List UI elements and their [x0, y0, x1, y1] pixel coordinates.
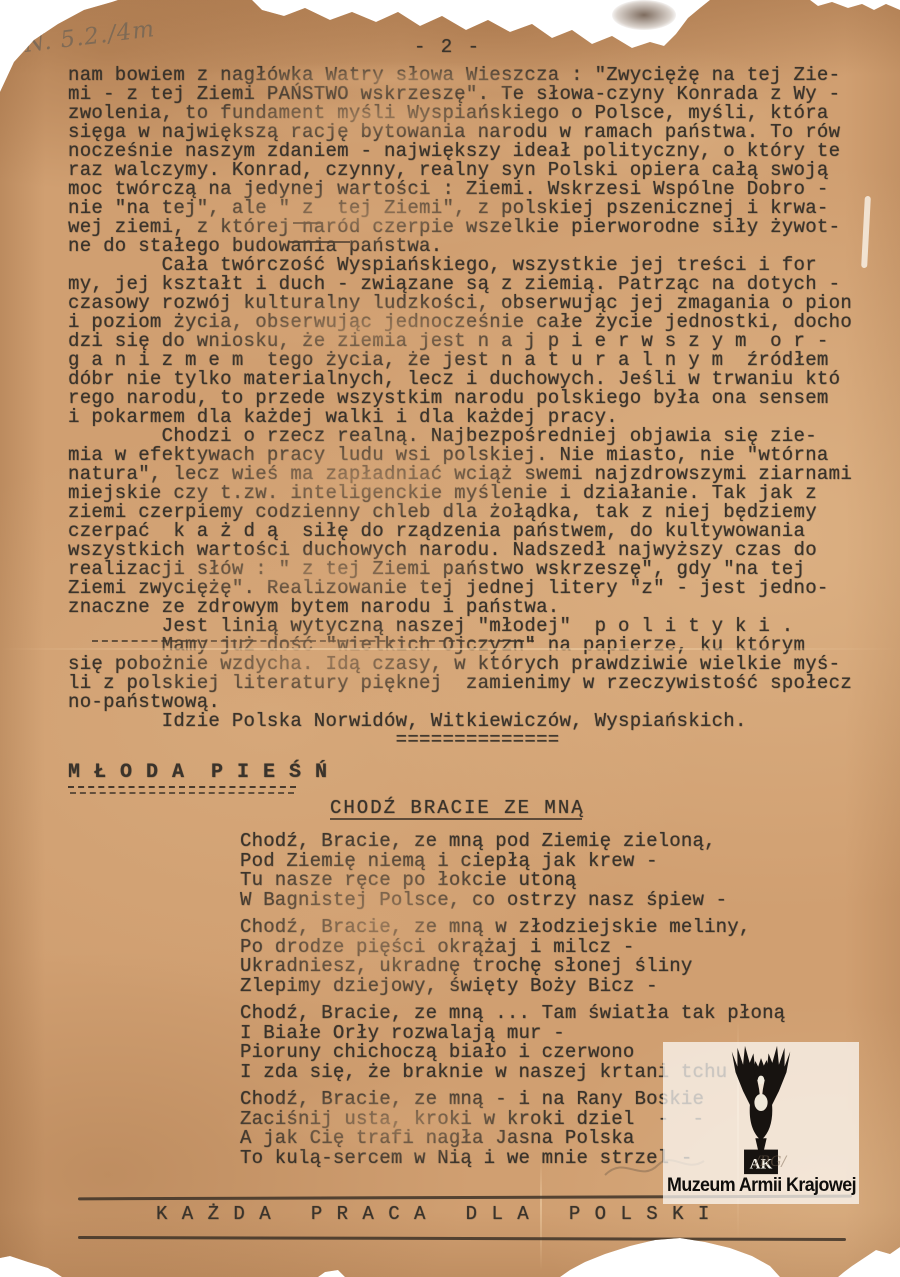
poem-title: CHODŹ BRACIE ZE MNĄ — [330, 797, 585, 819]
poem-title-underline — [330, 818, 582, 820]
heading-underline — [68, 786, 296, 788]
heading-underline — [70, 792, 294, 794]
page-number: - 2 - — [414, 36, 481, 58]
museum-watermark: AK /BG/ Muzeum Armii Krajowej — [663, 1042, 859, 1204]
section-heading: M Ł O D A P I E Ś Ń — [68, 761, 328, 784]
poem-line: Chodź, Bracie, ze mną ... Tam światła ta… — [240, 1004, 785, 1024]
poem-line: Chodź, Bracie, ze mną pod Ziemię zieloną… — [240, 832, 785, 852]
text-line: ============== — [68, 731, 852, 750]
handwritten-annotation: N. 5.2./4m — [23, 16, 157, 58]
poem-line: W Bagnistej Polsce, co ostrzy nasz śpiew… — [240, 891, 785, 911]
footer-rule-bottom — [78, 1236, 846, 1241]
poem-stanza: Chodź, Bracie, ze mną w złodziejskie mel… — [240, 918, 785, 996]
emphasis-underline — [92, 640, 534, 642]
paper-sheet: N. 5.2./4m - 2 - nam bowiem z nagłówka W… — [0, 0, 900, 1277]
paper-scratch — [861, 196, 871, 268]
emphasis-underline — [293, 222, 323, 224]
poem-line: Zlepimy dziejowy, święty Boży Bicz - — [240, 977, 785, 997]
poem-line: Ukradniesz, ukradnę trochę słonej śliny — [240, 957, 785, 977]
watermark-label: Muzeum Armii Krajowej — [667, 1175, 856, 1197]
poem-stanza: Chodź, Bracie, ze mną pod Ziemię zieloną… — [240, 832, 785, 910]
poem-line: Chodź, Bracie, ze mną w złodziejskie mel… — [240, 918, 785, 938]
poem-line: Tu nasze ręce po łokcie utoną — [240, 871, 785, 891]
watermark-pencil-note: /BG/ — [755, 1154, 786, 1170]
footer-slogan: K A Ż D A P R A C A D L A P O L S K I — [156, 1203, 711, 1225]
dirt-smudge — [612, 0, 676, 30]
scanned-page: N. 5.2./4m - 2 - nam bowiem z nagłówka W… — [0, 0, 900, 1277]
fold-crease — [0, 648, 900, 650]
emphasis-underline — [288, 241, 350, 243]
